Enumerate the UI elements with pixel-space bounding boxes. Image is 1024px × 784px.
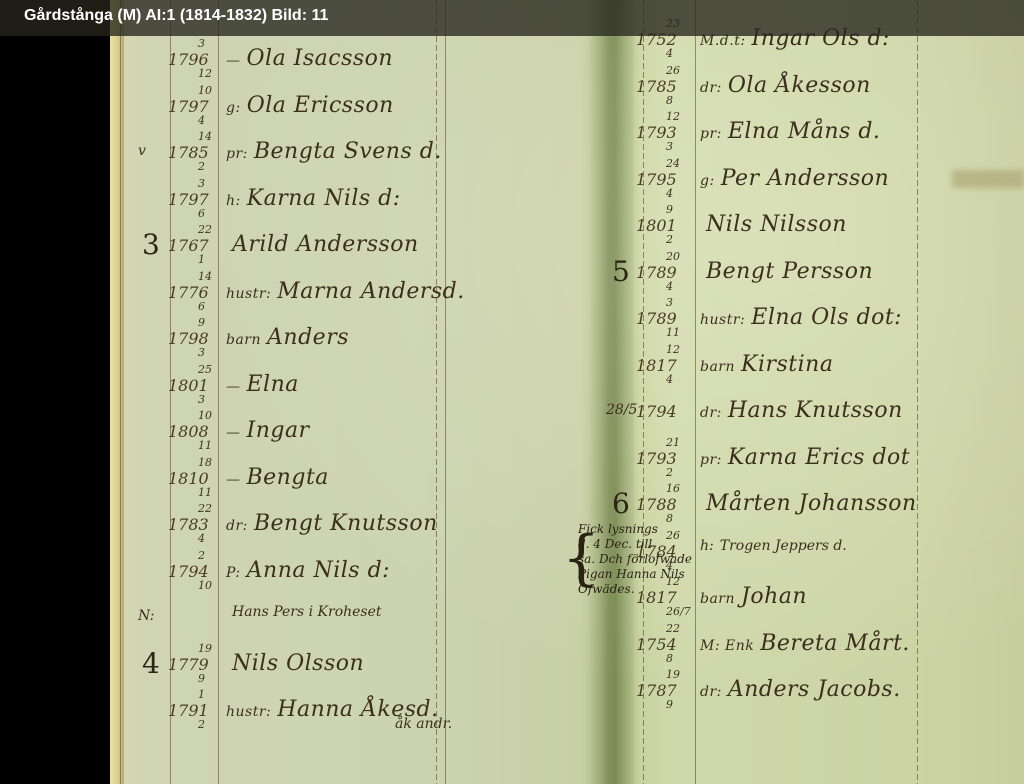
birth-month: 11 [666,327,680,338]
birth-month: 2 [198,719,205,730]
person-name: Mårten Johansson [706,491,917,516]
birth-month: 4 [666,48,673,59]
entry-text: Nils Nilsson [700,212,847,237]
birth-day: 14 [198,271,212,282]
rule-line [120,0,121,784]
side-note-line: d. 4 Dec. till [578,537,692,552]
birth-day: 19 [198,643,212,654]
rule-line [643,0,644,784]
birth-day: 22 [198,224,212,235]
birth-year: 1797 [168,97,209,116]
entry-prefix: dr: [700,684,722,700]
entry-prefix: — [226,379,241,395]
birth-day: 10 [198,85,212,96]
birth-month: 4 [198,533,205,544]
person-name: Bereta Mårt. [760,631,910,656]
birth-year: 1754 [636,635,677,654]
birth-day: 12 [666,111,680,122]
birth-month: 4 [198,115,205,126]
birth-month: 2 [198,161,205,172]
margin-mark: 28/5 [606,402,637,418]
side-note-line: Pigan Hanna Nils [578,567,692,582]
rule-line [218,0,219,784]
entry-text: Bengt Persson [700,259,873,284]
birth-day: 12 [666,344,680,355]
entry-text: hustr:Elna Ols dot: [700,305,902,330]
person-name: Bengta Svens d. [254,139,442,164]
correction-note: åk andr. [395,716,452,732]
birth-year: 1779 [168,655,209,674]
person-name: Anders [267,325,349,350]
entry-prefix: barn [700,359,735,375]
person-name: Anders Jacobs. [728,677,901,702]
birth-month: 2 [666,467,673,478]
rule-line [436,0,437,784]
birth-month: 4 [666,374,673,385]
birth-day: 9 [666,204,673,215]
person-name: Elna [247,372,299,397]
entry-text: h:Trogen Jeppers d. [700,538,847,554]
birth-month: 1 [198,254,205,265]
birth-day: 18 [198,457,212,468]
birth-month: 9 [198,673,205,684]
birth-day: 19 [666,669,680,680]
entry-text: P:Anna Nils d: [226,558,390,583]
entry-prefix: g: [226,100,241,116]
entry-prefix: pr: [700,126,722,142]
household-number: 3 [142,228,160,261]
birth-month: 6 [198,301,205,312]
entry-text: hustr:Marna Andersd. [226,279,465,304]
birth-month: 11 [198,487,212,498]
person-name: Per Andersson [721,166,890,191]
entry-text: pr:Elna Måns d. [700,119,880,144]
entry-prefix: h: [700,538,714,554]
birth-month: 12 [198,68,212,79]
birth-day: 10 [198,410,212,421]
entry-prefix: P: [226,565,241,581]
person-name: Marna Andersd. [277,279,464,304]
birth-month: 8 [666,95,673,106]
entry-text: Mårten Johansson [700,491,917,516]
person-name: Trogen Jeppers d. [720,538,847,554]
birth-month: 2 [666,234,673,245]
birth-day: 9 [198,317,205,328]
birth-day: 1 [198,689,205,700]
birth-day: 3 [198,38,205,49]
person-name: Nils Olsson [232,651,364,676]
entry-prefix: barn [700,591,735,607]
person-name: Karna Erics dot [728,445,910,470]
person-name: Kirstina [741,352,833,377]
birth-year: 1810 [168,469,209,488]
entry-text: g:Per Andersson [700,166,889,191]
scanned-register-image[interactable]: 3179612—Ola Isacsson1017974g:Ola Ericsso… [110,0,1024,784]
person-name: Ingar [247,418,310,443]
birth-year: 1794 [636,402,677,421]
entry-prefix: dr: [226,518,248,534]
entry-text: barnJohan [700,584,807,609]
viewer-left-margin [0,0,110,784]
birth-day: 14 [198,131,212,142]
margin-mark: v [138,143,146,159]
person-name: Hans Pers i Kroheset [232,604,382,620]
rule-line [917,0,918,784]
person-name: Elna Måns d. [728,119,881,144]
entry-text: —Ola Isacsson [226,46,393,71]
entry-text: M: EnkBereta Mårt. [700,631,910,656]
birth-month: 3 [198,347,205,358]
entry-prefix: dr: [700,405,722,421]
entry-text: h:Karna Nils d: [226,186,401,211]
entry-text: Hans Pers i Kroheset [226,604,382,620]
birth-year: 1776 [168,283,209,302]
birth-day: 22 [198,503,212,514]
entry-prefix: pr: [226,146,248,162]
birth-day: 25 [198,364,212,375]
margin-mark: N: [138,608,154,624]
birth-month: 10 [198,580,212,591]
birth-month: 3 [666,141,673,152]
birth-month: 4 [666,188,673,199]
side-note-line: sa. Dch förlofwade [578,552,692,567]
person-name: Anna Nils d: [247,558,390,583]
birth-month: 3 [198,394,205,405]
birth-year: 1793 [636,449,677,468]
entry-text: dr:Anders Jacobs. [700,677,901,702]
birth-year: 1794 [168,562,209,581]
entry-text: pr:Bengta Svens d. [226,139,442,164]
person-name: Ola Isacsson [247,46,394,71]
entry-prefix: — [226,425,241,441]
entry-text: dr:Ola Åkesson [700,73,871,98]
entry-prefix: g: [700,173,715,189]
person-name: Bengta [247,465,329,490]
entry-prefix: dr: [700,80,722,96]
birth-day: 3 [198,178,205,189]
birth-day: 26 [666,65,680,76]
rule-line [445,0,446,784]
person-name: Hans Knutsson [728,398,903,423]
entry-text: dr:Hans Knutsson [700,398,903,423]
bleed-through-text [952,170,1024,188]
book-gutter [588,0,634,784]
person-name: Bengt Knutsson [254,511,438,536]
person-name: Johan [741,584,807,609]
person-name: Arild Andersson [232,232,419,257]
side-note-line: Fick lysnings [578,522,692,537]
entry-text: g:Ola Ericsson [226,93,394,118]
birth-year: 1797 [168,190,209,209]
entry-prefix: M: Enk [700,638,754,654]
household-number: 4 [142,647,160,680]
rule-line [695,0,696,784]
entry-prefix: pr: [700,452,722,468]
birth-year: 1817 [636,356,677,375]
person-name: Karna Nils d: [247,186,401,211]
birth-month: 8 [666,653,673,664]
entry-text: barnAnders [226,325,349,350]
entry-text: barnKirstina [700,352,833,377]
entry-text: —Bengta [226,465,329,490]
birth-day: 24 [666,158,680,169]
page-edge [110,0,124,784]
birth-day: 2 [198,550,205,561]
person-name: Ola Ericsson [247,93,394,118]
entry-prefix: hustr: [226,704,271,720]
entry-text: —Elna [226,372,299,397]
person-name: Elna Ols dot: [751,305,902,330]
birth-year: 1789 [636,263,677,282]
birth-month: 9 [666,699,673,710]
birth-month: 6 [198,208,205,219]
birth-month: 26/7 [666,606,691,617]
birth-year: 1795 [636,170,677,189]
entry-prefix: barn [226,332,261,348]
entry-text: dr:Bengt Knutsson [226,511,438,536]
side-note-line: Ofwädes. [578,582,692,597]
entry-text: pr:Karna Erics dot [700,445,910,470]
birth-day: 22 [666,623,680,634]
birth-day: 16 [666,483,680,494]
image-viewer: 3179612—Ola Isacsson1017974g:Ola Ericsso… [0,0,1024,784]
title-bar: Gårdstånga (M) AI:1 (1814-1832) Bild: 11 [0,0,1024,36]
birth-year: 1785 [636,77,677,96]
birth-month: 11 [198,440,212,451]
entry-text: Nils Olsson [226,651,364,676]
entry-prefix: hustr: [700,312,745,328]
image-title: Gårdstånga (M) AI:1 (1814-1832) Bild: 11 [24,7,328,25]
entry-text: —Ingar [226,418,310,443]
household-number: 5 [612,255,630,288]
entry-prefix: hustr: [226,286,271,302]
person-name: Ola Åkesson [728,73,871,98]
entry-text: Arild Andersson [226,232,419,257]
birth-day: 21 [666,437,680,448]
birth-day: 20 [666,251,680,262]
birth-day: 3 [666,297,673,308]
entry-prefix: h: [226,193,241,209]
birth-month: 4 [666,281,673,292]
birth-year: 1801 [168,376,209,395]
household-number: 6 [612,487,630,520]
side-note: Fick lysnings d. 4 Dec. till sa. Dch för… [578,522,692,597]
person-name: Nils Nilsson [706,212,847,237]
person-name: Bengt Persson [706,259,873,284]
entry-prefix: — [226,53,241,69]
entry-prefix: — [226,472,241,488]
